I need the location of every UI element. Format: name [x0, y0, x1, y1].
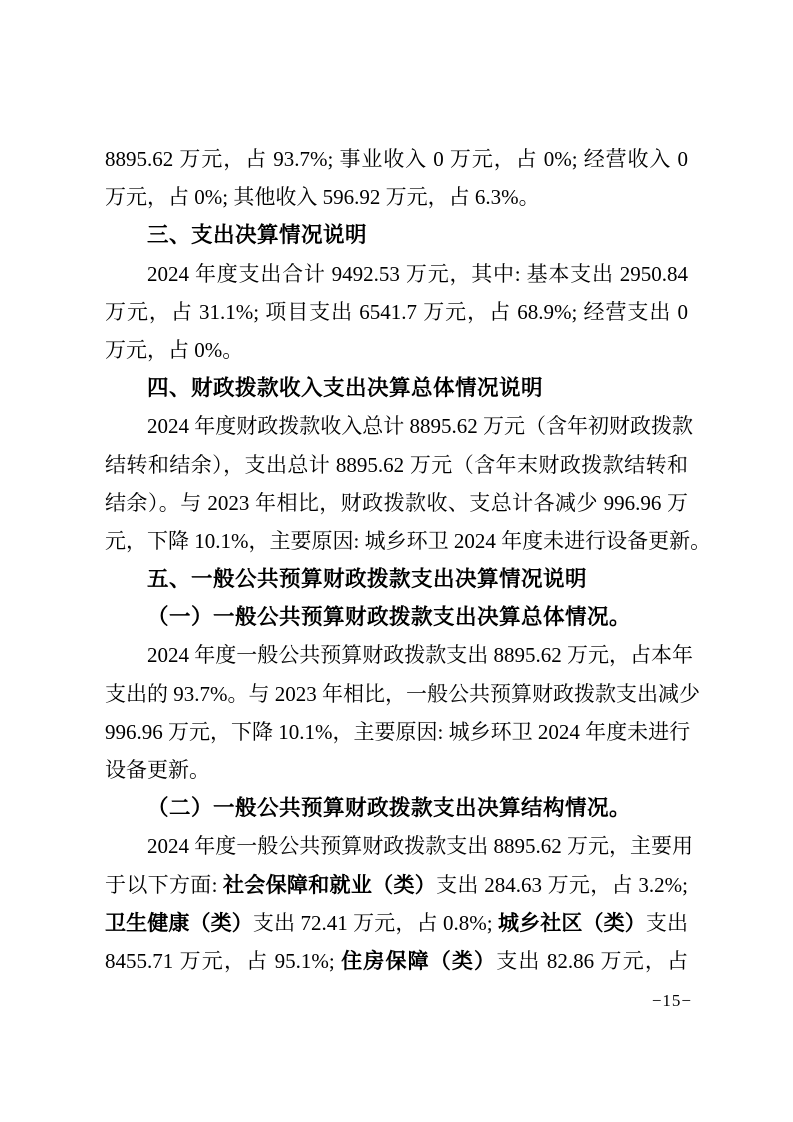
body-text-line: 万元，占 0%。 — [105, 331, 688, 369]
body-text-line: 设备更新。 — [105, 751, 688, 789]
body-text-line: 2024 年度财政拨款收入总计 8895.62 万元（含年初财政拨款 — [105, 407, 688, 445]
text-run: 于以下方面: — [105, 873, 223, 897]
text-run: 万元，占 0%; 其他收入 596.92 万元，占 6.3%。 — [105, 185, 540, 209]
text-run: （二）一般公共预算财政拨款支出决算结构情况。 — [147, 796, 631, 820]
text-run: 2024 年度支出合计 9492.53 万元，其中: 基本支出 2950.84 — [147, 262, 688, 286]
body-text-line: 万元，占 31.1%; 项目支出 6541.7 万元，占 68.9%; 经营支出… — [105, 293, 688, 331]
text-run: 结转和结余），支出总计 8895.62 万元（含年末财政拨款结转和 — [105, 453, 688, 477]
body-text-line: 元，下降 10.1%，主要原因: 城乡环卫 2024 年度未进行设备更新。 — [105, 522, 688, 560]
section-heading: 四、财政拨款收入支出决算总体情况说明 — [105, 369, 688, 407]
text-run: 2024 年度一般公共预算财政拨款支出 8895.62 万元，占本年 — [147, 643, 693, 667]
sub-section-heading: （二）一般公共预算财政拨款支出决算结构情况。 — [105, 789, 688, 827]
body-text-line: 卫生健康（类）支出 72.41 万元，占 0.8%; 城乡社区（类）支出 — [105, 904, 688, 942]
section-heading: 五、一般公共预算财政拨款支出决算情况说明 — [105, 560, 688, 598]
text-run: 五、一般公共预算财政拨款支出决算情况说明 — [147, 567, 587, 591]
body-text-line: 2024 年度一般公共预算财政拨款支出 8895.62 万元，主要用 — [105, 827, 688, 865]
body-text-line: 结转和结余），支出总计 8895.62 万元（含年末财政拨款结转和 — [105, 446, 688, 484]
text-run: 支出 — [646, 911, 688, 935]
body-text-line: 结余）。与 2023 年相比，财政拨款收、支总计各减少 996.96 万 — [105, 484, 688, 522]
body-text-line: 996.96 万元，下降 10.1%，主要原因: 城乡环卫 2024 年度未进行 — [105, 713, 688, 751]
text-run: 支出 82.86 万元，占 — [496, 949, 688, 973]
text-run: 结余）。与 2023 年相比，财政拨款收、支总计各减少 996.96 万 — [105, 491, 688, 515]
text-run: 支出 284.63 万元，占 3.2%; — [436, 873, 688, 897]
text-run: 8455.71 万元，占 95.1%; — [105, 949, 341, 973]
text-run: （一）一般公共预算财政拨款支出决算总体情况。 — [147, 605, 631, 629]
body-text-line: 2024 年度支出合计 9492.53 万元，其中: 基本支出 2950.84 — [105, 255, 688, 293]
text-run: 2024 年度财政拨款收入总计 8895.62 万元（含年初财政拨款 — [147, 414, 693, 438]
bold-category-label: 城乡社区（类） — [498, 912, 646, 935]
text-run: 2024 年度一般公共预算财政拨款支出 8895.62 万元，主要用 — [147, 834, 693, 858]
body-text-line: 支出的 93.7%。与 2023 年相比，一般公共预算财政拨款支出减少 — [105, 675, 688, 713]
text-run: 8895.62 万元，占 93.7%; 事业收入 0 万元，占 0%; 经营收入… — [105, 147, 688, 171]
bold-category-label: 社会保障和就业（类） — [223, 874, 436, 897]
text-run: 四、财政拨款收入支出决算总体情况说明 — [147, 376, 543, 400]
bold-category-label: 卫生健康（类） — [105, 912, 253, 935]
text-run: 支出 72.41 万元，占 0.8%; — [253, 911, 498, 935]
page-number: −15− — [652, 990, 692, 1012]
text-run: 支出的 93.7%。与 2023 年相比，一般公共预算财政拨款支出减少 — [105, 682, 700, 706]
body-text-line: 于以下方面: 社会保障和就业（类）支出 284.63 万元，占 3.2%; — [105, 866, 688, 904]
text-run: 设备更新。 — [105, 758, 210, 782]
text-run: 万元，占 0%。 — [105, 338, 243, 362]
body-text-line: 8895.62 万元，占 93.7%; 事业收入 0 万元，占 0%; 经营收入… — [105, 140, 688, 178]
document-body: 8895.62 万元，占 93.7%; 事业收入 0 万元，占 0%; 经营收入… — [105, 140, 688, 980]
body-text-line: 万元，占 0%; 其他收入 596.92 万元，占 6.3%。 — [105, 178, 688, 216]
text-run: 996.96 万元，下降 10.1%，主要原因: 城乡环卫 2024 年度未进行 — [105, 720, 690, 744]
section-heading: 三、支出决算情况说明 — [105, 216, 688, 254]
sub-section-heading: （一）一般公共预算财政拨款支出决算总体情况。 — [105, 598, 688, 636]
body-text-line: 8455.71 万元，占 95.1%; 住房保障（类）支出 82.86 万元，占 — [105, 942, 688, 980]
text-run: 万元，占 31.1%; 项目支出 6541.7 万元，占 68.9%; 经营支出… — [105, 300, 688, 324]
bold-category-label: 住房保障（类） — [341, 950, 496, 973]
document-page: 8895.62 万元，占 93.7%; 事业收入 0 万元，占 0%; 经营收入… — [0, 0, 793, 1122]
text-run: 三、支出决算情况说明 — [147, 223, 367, 247]
body-text-line: 2024 年度一般公共预算财政拨款支出 8895.62 万元，占本年 — [105, 636, 688, 674]
text-run: 元，下降 10.1%，主要原因: 城乡环卫 2024 年度未进行设备更新。 — [105, 529, 711, 553]
